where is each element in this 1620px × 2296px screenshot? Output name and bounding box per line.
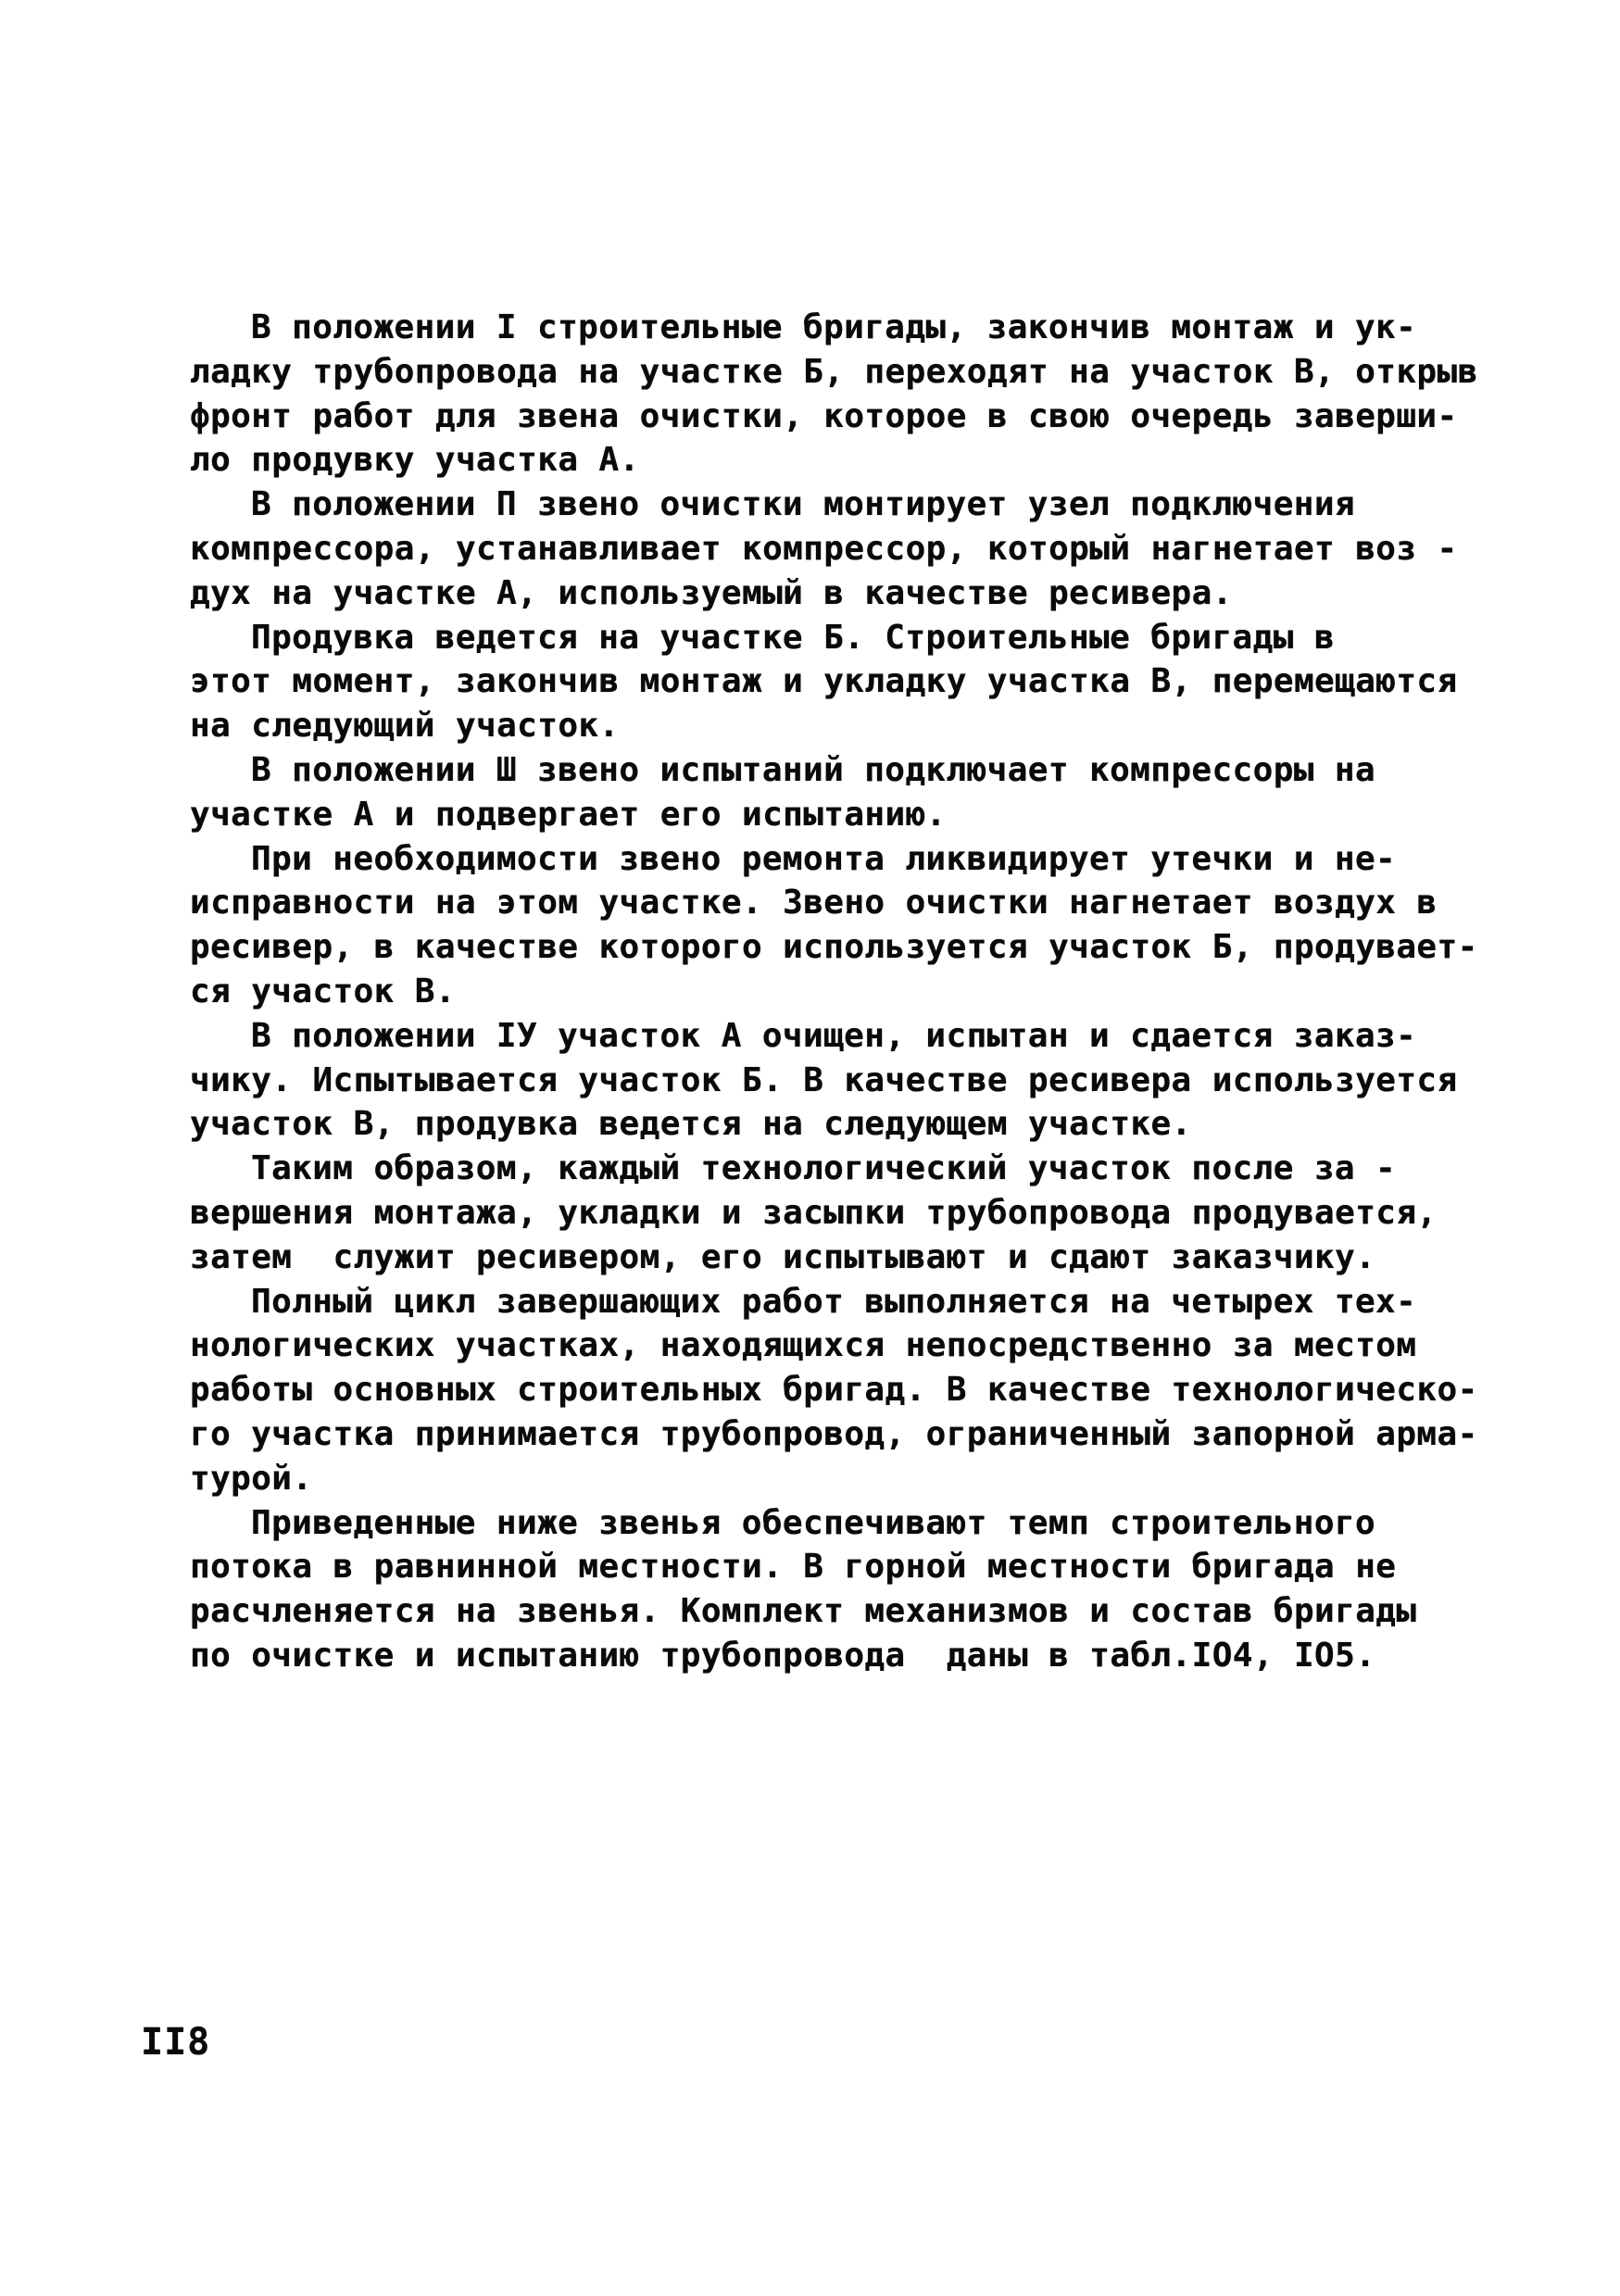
text-line: потока в равнинной местности. В горной м… <box>190 1545 1498 1589</box>
text-line: исправности на этом участке. Звено очист… <box>190 881 1498 925</box>
paragraph: Приведенные ниже звенья обеспечивают тем… <box>190 1501 1498 1678</box>
text-line: При необходимости звено ремонта ликвидир… <box>190 837 1498 882</box>
paragraph: В положении П звено очистки монтирует уз… <box>190 483 1498 615</box>
text-line: Приведенные ниже звенья обеспечивают тем… <box>190 1501 1498 1546</box>
text-line: ресивер, в качестве которого используетс… <box>190 925 1498 970</box>
text-line: работы основных строительных бригад. В к… <box>190 1368 1498 1412</box>
text-line: Продувка ведется на участке Б. Строитель… <box>190 616 1498 660</box>
text-line: по очистке и испытанию трубопровода даны… <box>190 1634 1498 1678</box>
text-line: дух на участке А, используемый в качеств… <box>190 571 1498 616</box>
text-line: участке А и подвергает его испытанию. <box>190 793 1498 837</box>
text-line: затем служит ресивером, его испытывают и… <box>190 1236 1498 1280</box>
paragraph: Продувка ведется на участке Б. Строитель… <box>190 616 1498 748</box>
text-line: вершения монтажа, укладки и засыпки труб… <box>190 1191 1498 1236</box>
text-line: чику. Испытывается участок Б. В качестве… <box>190 1059 1498 1103</box>
text-line: участок В, продувка ведется на следующем… <box>190 1102 1498 1147</box>
text-line: ладку трубопровода на участке Б, переход… <box>190 350 1498 395</box>
text-line: ло продувку участка А. <box>190 438 1498 483</box>
text-line: компрессора, устанавливает компрессор, к… <box>190 527 1498 571</box>
text-line: расчленяется на звенья. Комплект механиз… <box>190 1589 1498 1634</box>
text-line: В положении I строительные бригады, зако… <box>190 306 1498 350</box>
text-line: Полный цикл завершающих работ выполняетс… <box>190 1280 1498 1324</box>
text-line: нологических участках, находящихся непос… <box>190 1324 1498 1368</box>
paragraph: При необходимости звено ремонта ликвидир… <box>190 837 1498 1014</box>
text-line: го участка принимается трубопровод, огра… <box>190 1412 1498 1457</box>
text-line: В положении IУ участок А очищен, испытан… <box>190 1014 1498 1059</box>
text-line: фронт работ для звена очистки, которое в… <box>190 395 1498 439</box>
text-line: В положении Ш звено испытаний подключает… <box>190 748 1498 793</box>
text-line: турой. <box>190 1457 1498 1501</box>
paragraph: В положении I строительные бригады, зако… <box>190 306 1498 483</box>
document-body: В положении I строительные бригады, зако… <box>190 306 1498 1678</box>
paragraph: В положении IУ участок А очищен, испытан… <box>190 1014 1498 1147</box>
text-line: этот момент, закончив монтаж и укладку у… <box>190 659 1498 704</box>
page-number: II8 <box>141 2021 210 2064</box>
text-line: В положении П звено очистки монтирует уз… <box>190 483 1498 527</box>
paragraph: Полный цикл завершающих работ выполняетс… <box>190 1280 1498 1501</box>
document-page: В положении I строительные бригады, зако… <box>0 0 1620 2296</box>
text-line: Таким образом, каждый технологический уч… <box>190 1147 1498 1191</box>
text-line: на следующий участок. <box>190 704 1498 748</box>
paragraph: Таким образом, каждый технологический уч… <box>190 1147 1498 1279</box>
paragraph: В положении Ш звено испытаний подключает… <box>190 748 1498 837</box>
text-line: ся участок В. <box>190 970 1498 1014</box>
